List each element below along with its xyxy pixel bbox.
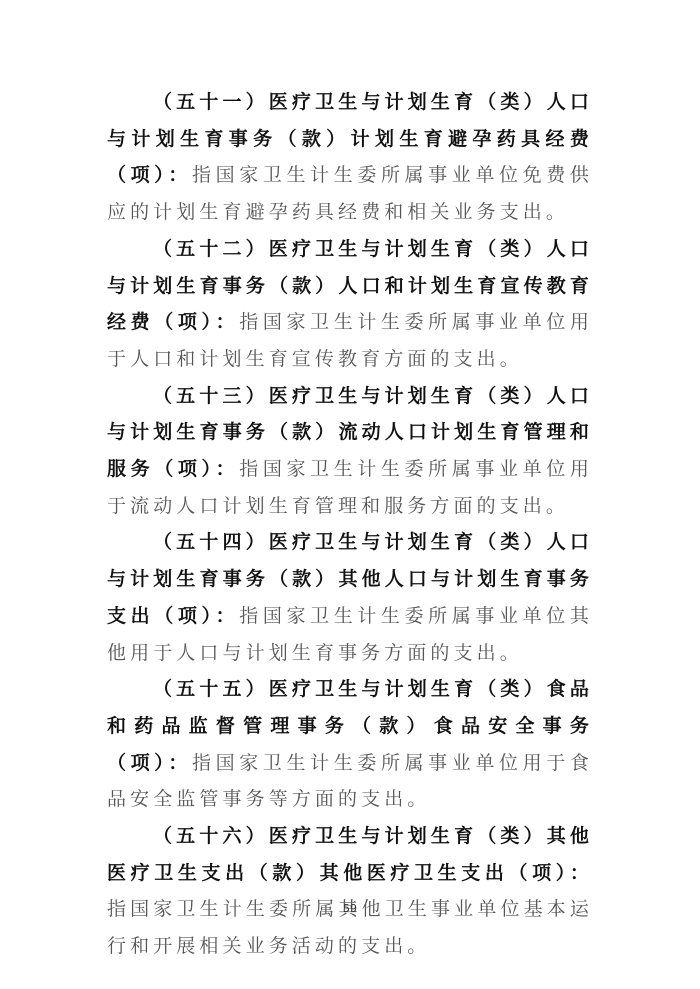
paragraph-56: （五十六）医疗卫生与计划生育（类）其他医疗卫生支出（款）其他医疗卫生支出（项）：… bbox=[107, 818, 593, 965]
paragraph-heading: （五十六）医疗卫生与计划生育（类）其他医疗卫生支出（款）其他医疗卫生支出（项）： bbox=[107, 825, 593, 884]
page-number: 59 bbox=[0, 902, 700, 915]
paragraph-52: （五十二）医疗卫生与计划生育（类）人口与计划生育事务（款）人口和计划生育宣传教育… bbox=[107, 231, 593, 378]
paragraph-51: （五十一）医疗卫生与计划生育（类）人口与计划生育事务（款）计划生育避孕药具经费（… bbox=[107, 84, 593, 231]
paragraph-53: （五十三）医疗卫生与计划生育（类）人口与计划生育事务（款）流动人口计划生育管理和… bbox=[107, 378, 593, 525]
paragraph-55: （五十五）医疗卫生与计划生育（类）食品和药品监督管理事务（款）食品安全事务（项）… bbox=[107, 671, 593, 818]
paragraph-54: （五十四）医疗卫生与计划生育（类）人口与计划生育事务（款）其他人口与计划生育事务… bbox=[107, 524, 593, 671]
document-page: （五十一）医疗卫生与计划生育（类）人口与计划生育事务（款）计划生育避孕药具经费（… bbox=[107, 84, 593, 965]
